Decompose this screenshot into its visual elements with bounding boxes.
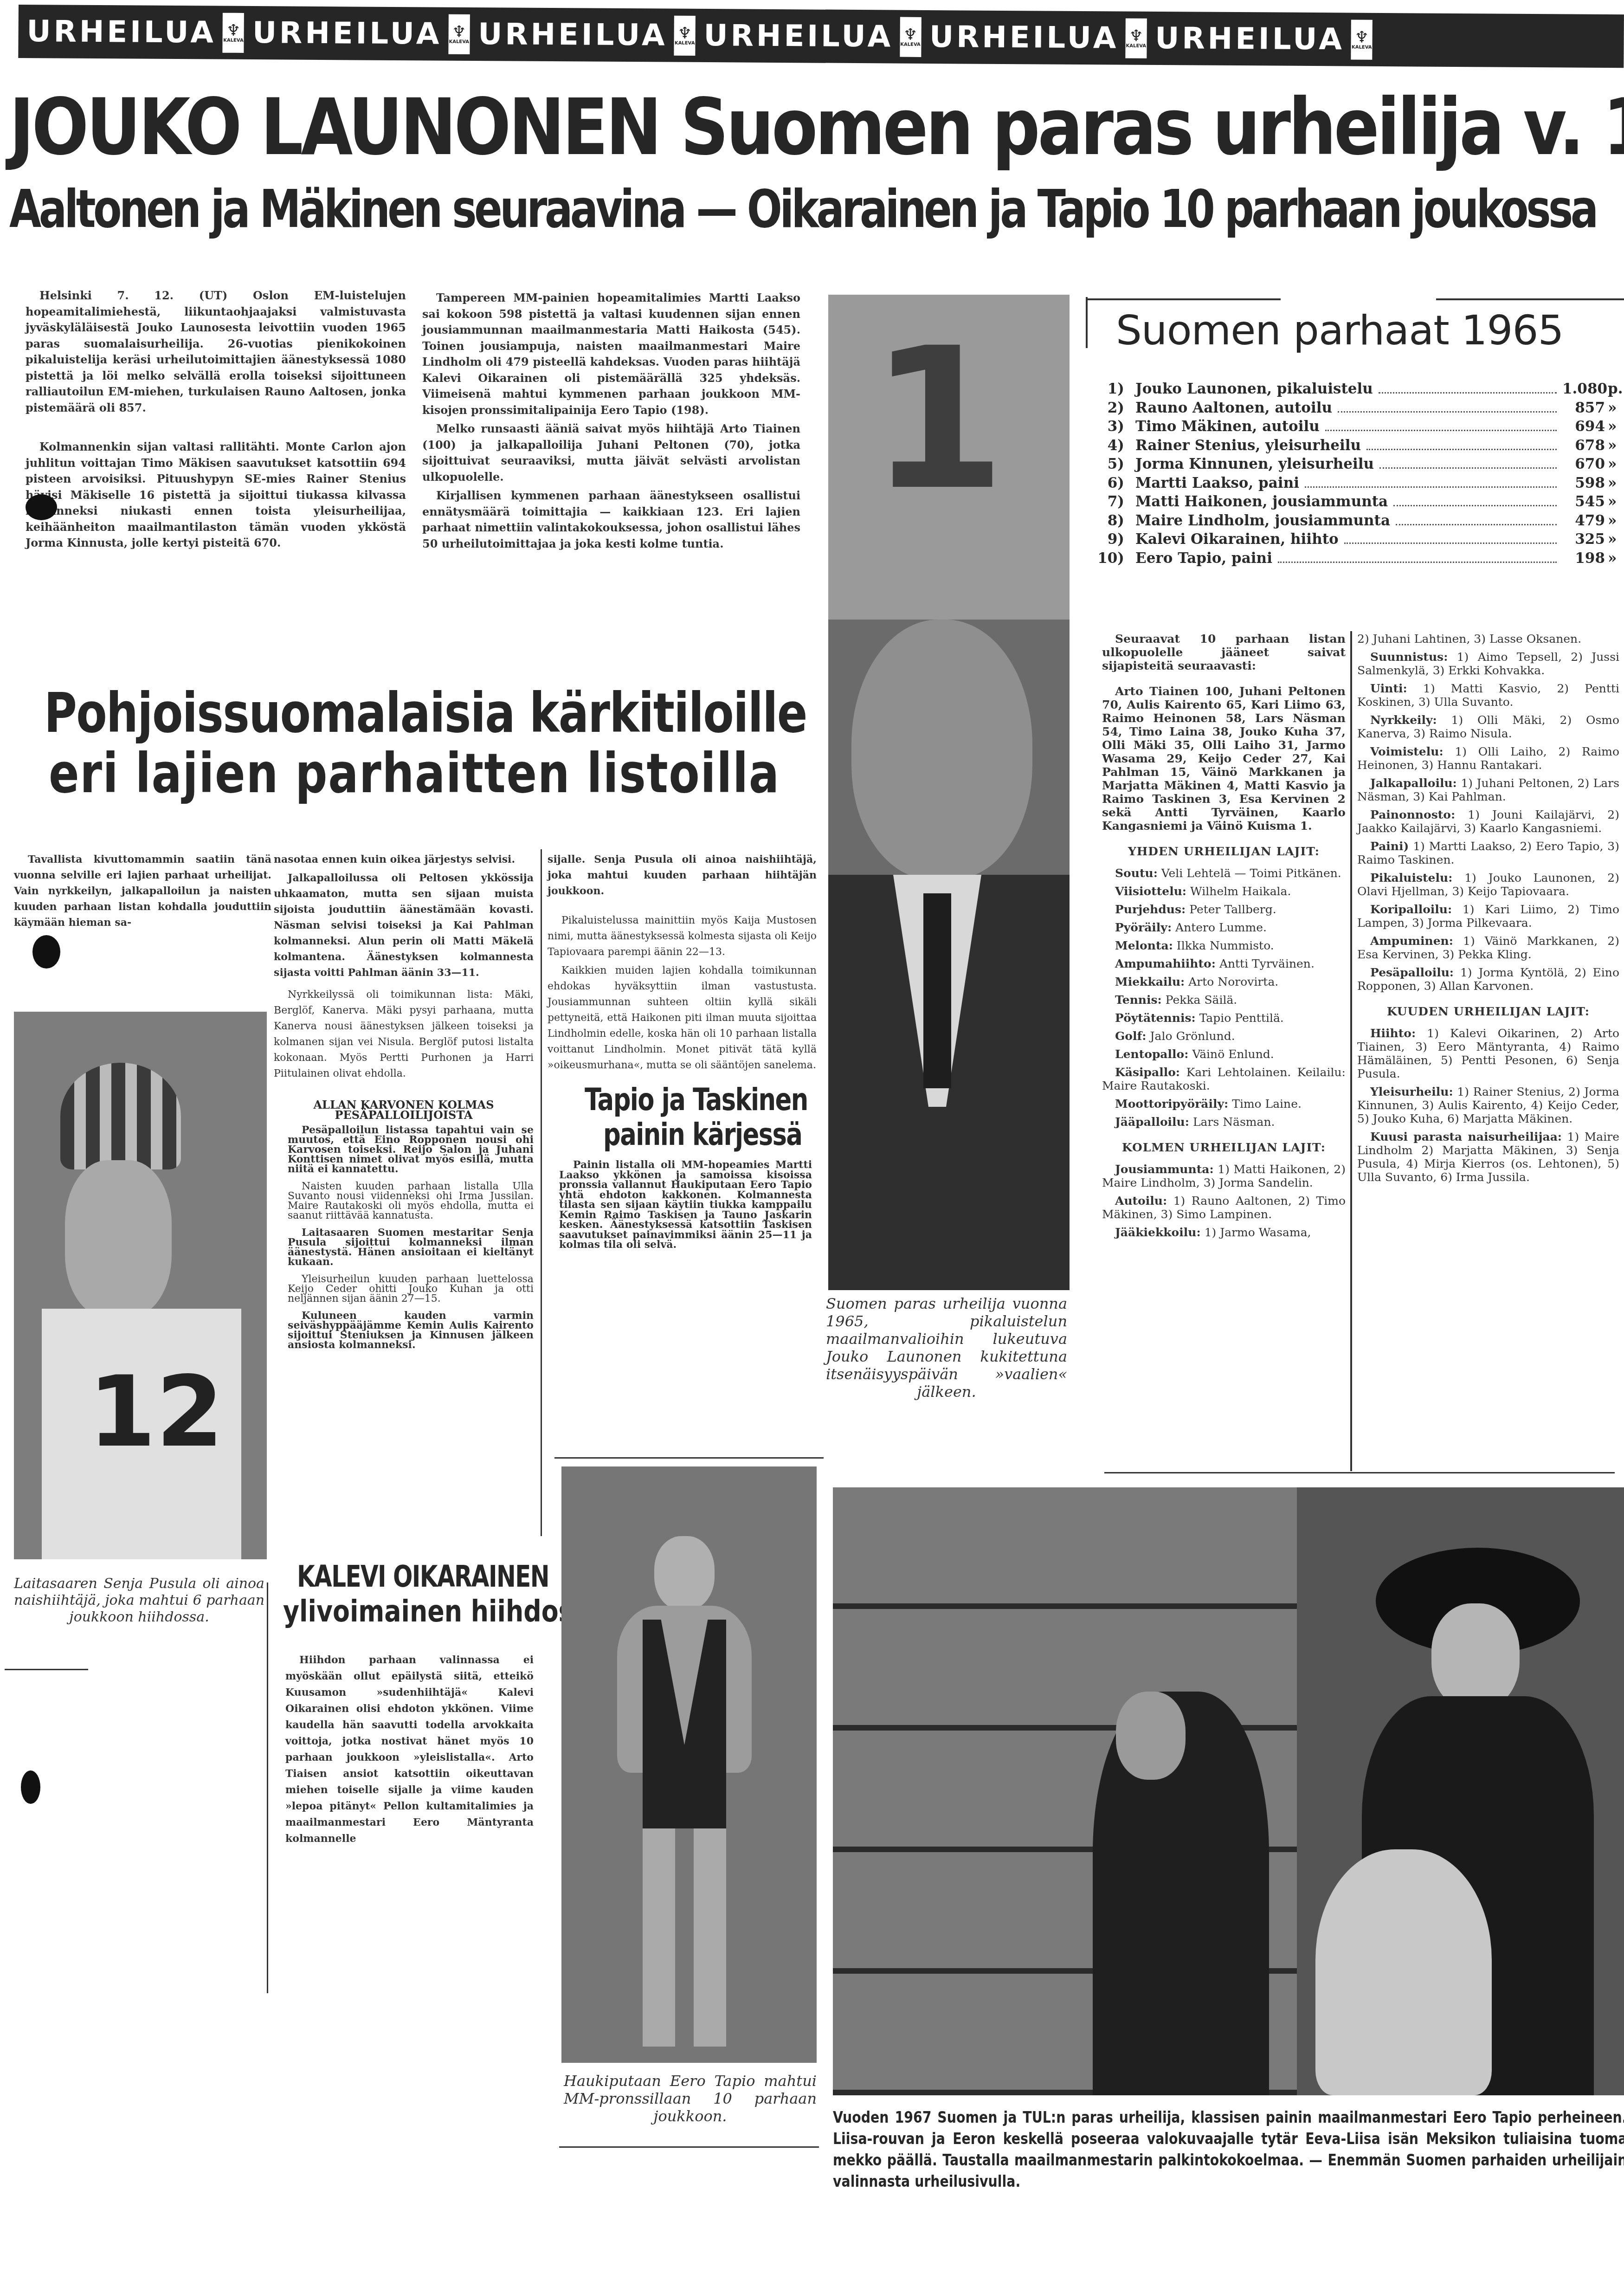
top10-row: 3)Timo Mäkinen, autoilu694» — [1088, 418, 1622, 437]
kaleva-logo-icon: ♆KALEVA — [223, 13, 245, 52]
sport-entry: Pesäpalloilu: 1) Jorma Kyntölä, 2) Eino … — [1357, 966, 1619, 993]
paragraph: sijalle. Senja Pusula oli ainoa naishiih… — [548, 852, 817, 899]
ink-blot — [32, 935, 60, 969]
sport-entry: 2) Juhani Lahtinen, 3) Lasse Oksanen. — [1357, 632, 1619, 646]
sport-entry: Painonnosto: 1) Jouni Kailajärvi, 2) Jaa… — [1357, 808, 1619, 835]
sport-entry: Yleisurheilu: 1) Rainer Stenius, 2) Jorm… — [1357, 1085, 1619, 1125]
subhead-karvonen: ALLAN KARVONEN KOLMAS PESÄPALLOILIJOISTA — [278, 1100, 529, 1120]
section-banner: URHEILUA♆KALEVA URHEILUA♆KALEVA URHEILUA… — [18, 5, 1624, 68]
lead-article-col2: Tampereen MM-painien hopeamitalimies Mar… — [422, 290, 800, 552]
tapio-wrestler-photo — [561, 1466, 817, 2063]
sport-entry: Koripalloilu: 1) Kari Liimo, 2) Timo Lam… — [1357, 903, 1619, 930]
top10-row: 1)Jouko Launonen, pikaluistelu1.080p. — [1088, 381, 1622, 400]
paragraph: Pikaluistelussa mainittiin myös Kaija Mu… — [548, 913, 817, 960]
others-points: Arto Tiainen 100, Juhani Peltonen 70, Au… — [1102, 685, 1346, 833]
caption-rule — [5, 1669, 88, 1670]
sport-entry: Melonta: Ilkka Nummisto. — [1102, 939, 1346, 952]
banner-label: URHEILUA — [696, 18, 900, 54]
paragraph: Tampereen MM-painien hopeamitalimies Mar… — [422, 290, 800, 418]
photo-head — [654, 1536, 715, 1610]
banner-label: URHEILUA — [921, 19, 1126, 55]
paragraph: Tavallista kivuttomammin saatiin tänä vu… — [14, 852, 271, 930]
bib-number: 12 — [88, 1355, 224, 1469]
kaleva-logo-icon: ♆KALEVA — [1125, 18, 1147, 58]
paragraph: Pesäpalloilun listassa tapahtui vain se … — [288, 1125, 534, 1174]
kaleva-logo-icon: ♆KALEVA — [1351, 19, 1373, 59]
photo-leg-right — [694, 1828, 726, 2047]
top10-row: 6)Martti Laakso, paini598» — [1088, 475, 1622, 494]
section-divider — [1104, 1472, 1615, 1473]
tapio-headline-1: Tapio ja Taskinen — [585, 1084, 808, 1116]
kaleva-logo-icon: ♆KALEVA — [448, 14, 470, 54]
family-caption: Vuoden 1967 Suomen ja TUL:n paras urheil… — [833, 2107, 1624, 2192]
sport-entry: Uinti: 1) Matti Kasvio, 2) Pentti Koskin… — [1357, 682, 1619, 709]
photo-child — [1315, 1849, 1492, 2095]
sport-entry: Ampumahiihto: Antti Tyrväinen. — [1102, 957, 1346, 970]
top10-row: 2)Rauno Aaltonen, autoilu857» — [1088, 400, 1622, 419]
punch-hole — [21, 1770, 40, 1804]
heading-one-athlete: YHDEN URHEILIJAN LAJIT: — [1102, 845, 1346, 858]
paragraph: Kuluneen kauden varmin seiväshyppääjämme… — [288, 1311, 534, 1350]
banner-label: URHEILUA — [244, 15, 449, 51]
sport-entry: Pyöräily: Antero Lumme. — [1102, 921, 1346, 934]
top10-title: Suomen parhaat 1965 — [1116, 306, 1564, 354]
kaleva-logo-icon: ♆KALEVA — [674, 15, 696, 55]
column-rule — [541, 849, 542, 1536]
north-headline-1: Pohjoissuomalaisia kärkitiloille — [44, 685, 807, 742]
sport-entry: Jalkapalloilu: 1) Juhani Peltonen, 2) La… — [1357, 776, 1619, 803]
north-col1: Tavallista kivuttomammin saatiin tänä vu… — [14, 852, 271, 930]
photo-number-one: 1 — [870, 323, 1005, 517]
banner-cell: URHEILUA♆KALEVA — [1147, 12, 1373, 66]
paragraph: Painin listalla oli MM-hopeamies Martti … — [559, 1160, 812, 1250]
sport-entry: Ampuminen: 1) Väinö Markkanen, 2) Esa Ke… — [1357, 934, 1619, 961]
results-column-a: Seuraavat 10 parhaan listan ulkopuolelle… — [1102, 632, 1346, 1239]
launonen-caption: Suomen paras urheilija vuonna 1965, pika… — [826, 1295, 1067, 1401]
paragraph: Kolmannenkin sijan valtasi rallitähti. M… — [26, 439, 406, 551]
sport-entry: Nyrkkeily: 1) Olli Mäki, 2) Osmo Kanerva… — [1357, 713, 1619, 740]
heading-three-athletes: KOLMEN URHEILIJAN LAJIT: — [1102, 1141, 1346, 1154]
banner-cell: URHEILUA♆KALEVA — [18, 5, 244, 59]
main-headline: JOUKO LAUNONEN Suomen paras urheilija v.… — [9, 88, 1398, 166]
photo-tie — [923, 893, 951, 1088]
sport-entry: Tennis: Pekka Säilä. — [1102, 993, 1346, 1007]
box-border-top-left — [1086, 298, 1281, 300]
top10-row: 4)Rainer Stenius, yleisurheilu678» — [1088, 437, 1622, 456]
paragraph: Nyrkkeilyssä oli toimikunnan lista: Mäki… — [274, 987, 534, 1082]
banner-label: URHEILUA — [1147, 21, 1351, 57]
top10-row: 5)Jorma Kinnunen, yleisurheilu670» — [1088, 456, 1622, 475]
sport-entry: Paini) 1) Martti Laakso, 2) Eero Tapio, … — [1357, 840, 1619, 866]
paragraph: Kirjallisen kymmenen parhaan äänestyksee… — [422, 488, 800, 552]
ink-blot — [26, 494, 57, 520]
tapio-family-photo — [833, 1487, 1624, 2095]
banner-cell: URHEILUA♆KALEVA — [470, 7, 696, 62]
sport-entry: Käsipallo: Kari Lehtolainen. Keilailu: M… — [1102, 1066, 1346, 1092]
north-headline-2: eri lajien parhaitten listoilla — [49, 745, 780, 802]
banner-cell: URHEILUA♆KALEVA — [244, 6, 470, 61]
sport-entry: Purjehdus: Peter Tallberg. — [1102, 903, 1346, 916]
north-col2: nasotaa ennen kuin oikea järjestys selvi… — [274, 852, 534, 1082]
paragraph: Melko runsaasti ääniä saivat myös hiihtä… — [422, 421, 800, 485]
paragraph: Kaikkien muiden lajien kohdalla toimikun… — [548, 963, 817, 1073]
sport-entry: Pikaluistelu: 1) Jouko Launonen, 2) Olav… — [1357, 871, 1619, 898]
sport-entry: Jääkiekkoilu: 1) Jarmo Wasama, — [1102, 1226, 1346, 1239]
kaleva-logo-icon: ♆KALEVA — [900, 17, 922, 57]
pusula-caption: Laitasaaren Senja Pusula oli ainoa naish… — [14, 1576, 264, 1626]
north-col3: sijalle. Senja Pusula oli ainoa naishiih… — [548, 852, 817, 1073]
banner-cell: URHEILUA♆KALEVA — [921, 10, 1147, 65]
paragraph: Yleisurheilun kuuden parhaan luettelossa… — [288, 1274, 534, 1304]
box-border-left — [1086, 297, 1088, 348]
sport-entry: Pöytätennis: Tapio Penttilä. — [1102, 1011, 1346, 1025]
sport-entry: Golf: Jalo Grönlund. — [1102, 1029, 1346, 1043]
pusula-photo: 12 — [14, 1012, 267, 1559]
sport-entry: Jousiammunta: 1) Matti Haikonen, 2) Mair… — [1102, 1163, 1346, 1189]
tapio-caption: Haukiputaan Eero Tapio mahtui MM-pronssi… — [564, 2072, 817, 2125]
sport-entry: Lentopallo: Väinö Enlund. — [1102, 1047, 1346, 1061]
photo-man-face — [1431, 1603, 1520, 1710]
caption-rule — [559, 2146, 819, 2148]
results-column-b: 2) Juhani Lahtinen, 3) Lasse Oksanen. Su… — [1357, 632, 1619, 1184]
paragraph: nasotaa ennen kuin oikea järjestys selvi… — [274, 852, 534, 867]
sport-entry: Moottoripyöräily: Timo Laine. — [1102, 1097, 1346, 1111]
launonen-photo: 1 — [828, 295, 1070, 1290]
paragraph: Helsinki 7. 12. (UT) Oslon EM-luisteluje… — [26, 288, 406, 416]
top10-row: 7)Matti Haikonen, jousiammunta545» — [1088, 493, 1622, 512]
section-divider — [554, 1457, 824, 1459]
paragraph: Naisten kuuden parhaan listalla Ulla Suv… — [288, 1182, 534, 1221]
sport-entry: Jääpalloilu: Lars Näsman. — [1102, 1115, 1346, 1129]
tapio-headline-2: painin kärjessä — [603, 1118, 802, 1150]
sub-headline: Aaltonen ja Mäkinen seuraavina — Oikarai… — [9, 183, 1301, 235]
oikarainen-headline-1: KALEVI OIKARAINEN — [297, 1562, 549, 1593]
top10-row: 10)Eero Tapio, paini198» — [1088, 550, 1622, 569]
sport-entry: Autoilu: 1) Rauno Aaltonen, 2) Timo Mäki… — [1102, 1194, 1346, 1221]
banner-label: URHEILUA — [470, 17, 674, 52]
oikarainen-headline-2: ylivoimainen hiihdossa — [283, 1596, 605, 1628]
oikarainen-text: Hiihdon parhaan valinnassa ei myöskään o… — [285, 1652, 534, 1847]
photo-face — [851, 620, 1032, 879]
paragraph: Jalkapalloilussa oli Peltosen ykkössija … — [274, 870, 534, 981]
north-col2b: Pesäpalloilun listassa tapahtui vain se … — [288, 1125, 534, 1350]
photo-leg-left — [643, 1828, 675, 2047]
photo-face — [65, 1160, 172, 1318]
top10-list: 1)Jouko Launonen, pikaluistelu1.080p. 2)… — [1088, 381, 1622, 568]
column-rule — [267, 1582, 268, 1993]
banner-label: URHEILUA — [18, 14, 223, 50]
paragraph: Hiihdon parhaan valinnassa ei myöskään o… — [285, 1652, 534, 1847]
sport-entry: Viisiottelu: Wilhelm Haikala. — [1102, 885, 1346, 898]
box-border-top-right — [1436, 298, 1624, 300]
tapio-text: Painin listalla oli MM-hopeamies Martti … — [559, 1160, 812, 1250]
column-rule — [1350, 631, 1352, 1471]
sport-entry: Voimistelu: 1) Olli Laiho, 2) Raimo Hein… — [1357, 745, 1619, 772]
top10-row: 9)Kalevi Oikarainen, hiihto325» — [1088, 531, 1622, 550]
lead-article-col1: Helsinki 7. 12. (UT) Oslon EM-luisteluje… — [26, 288, 406, 551]
photo-wife-face — [1116, 1692, 1186, 1780]
sport-entry: Suunnistus: 1) Aimo Tepsell, 2) Jussi Sa… — [1357, 650, 1619, 677]
sport-entry: Soutu: Veli Lehtelä — Toimi Pitkänen. — [1102, 866, 1346, 880]
sport-entry: Kuusi parasta naisurheilijaa: 1) Maire L… — [1357, 1130, 1619, 1184]
top10-row: 8)Maire Lindholm, jousiammunta479» — [1088, 512, 1622, 531]
paragraph: Laitasaaren Suomen mestaritar Senja Pusu… — [288, 1228, 534, 1267]
results-intro: Seuraavat 10 parhaan listan ulkopuolelle… — [1102, 632, 1346, 672]
banner-cell: URHEILUA♆KALEVA — [695, 9, 921, 64]
photo-cap — [60, 1063, 181, 1169]
sport-entry: Hiihto: 1) Kalevi Oikarinen, 2) Arto Tia… — [1357, 1027, 1619, 1080]
sport-entry: Miekkailu: Arto Norovirta. — [1102, 975, 1346, 988]
heading-six-athletes: KUUDEN URHEILIJAN LAJIT: — [1357, 1005, 1619, 1018]
